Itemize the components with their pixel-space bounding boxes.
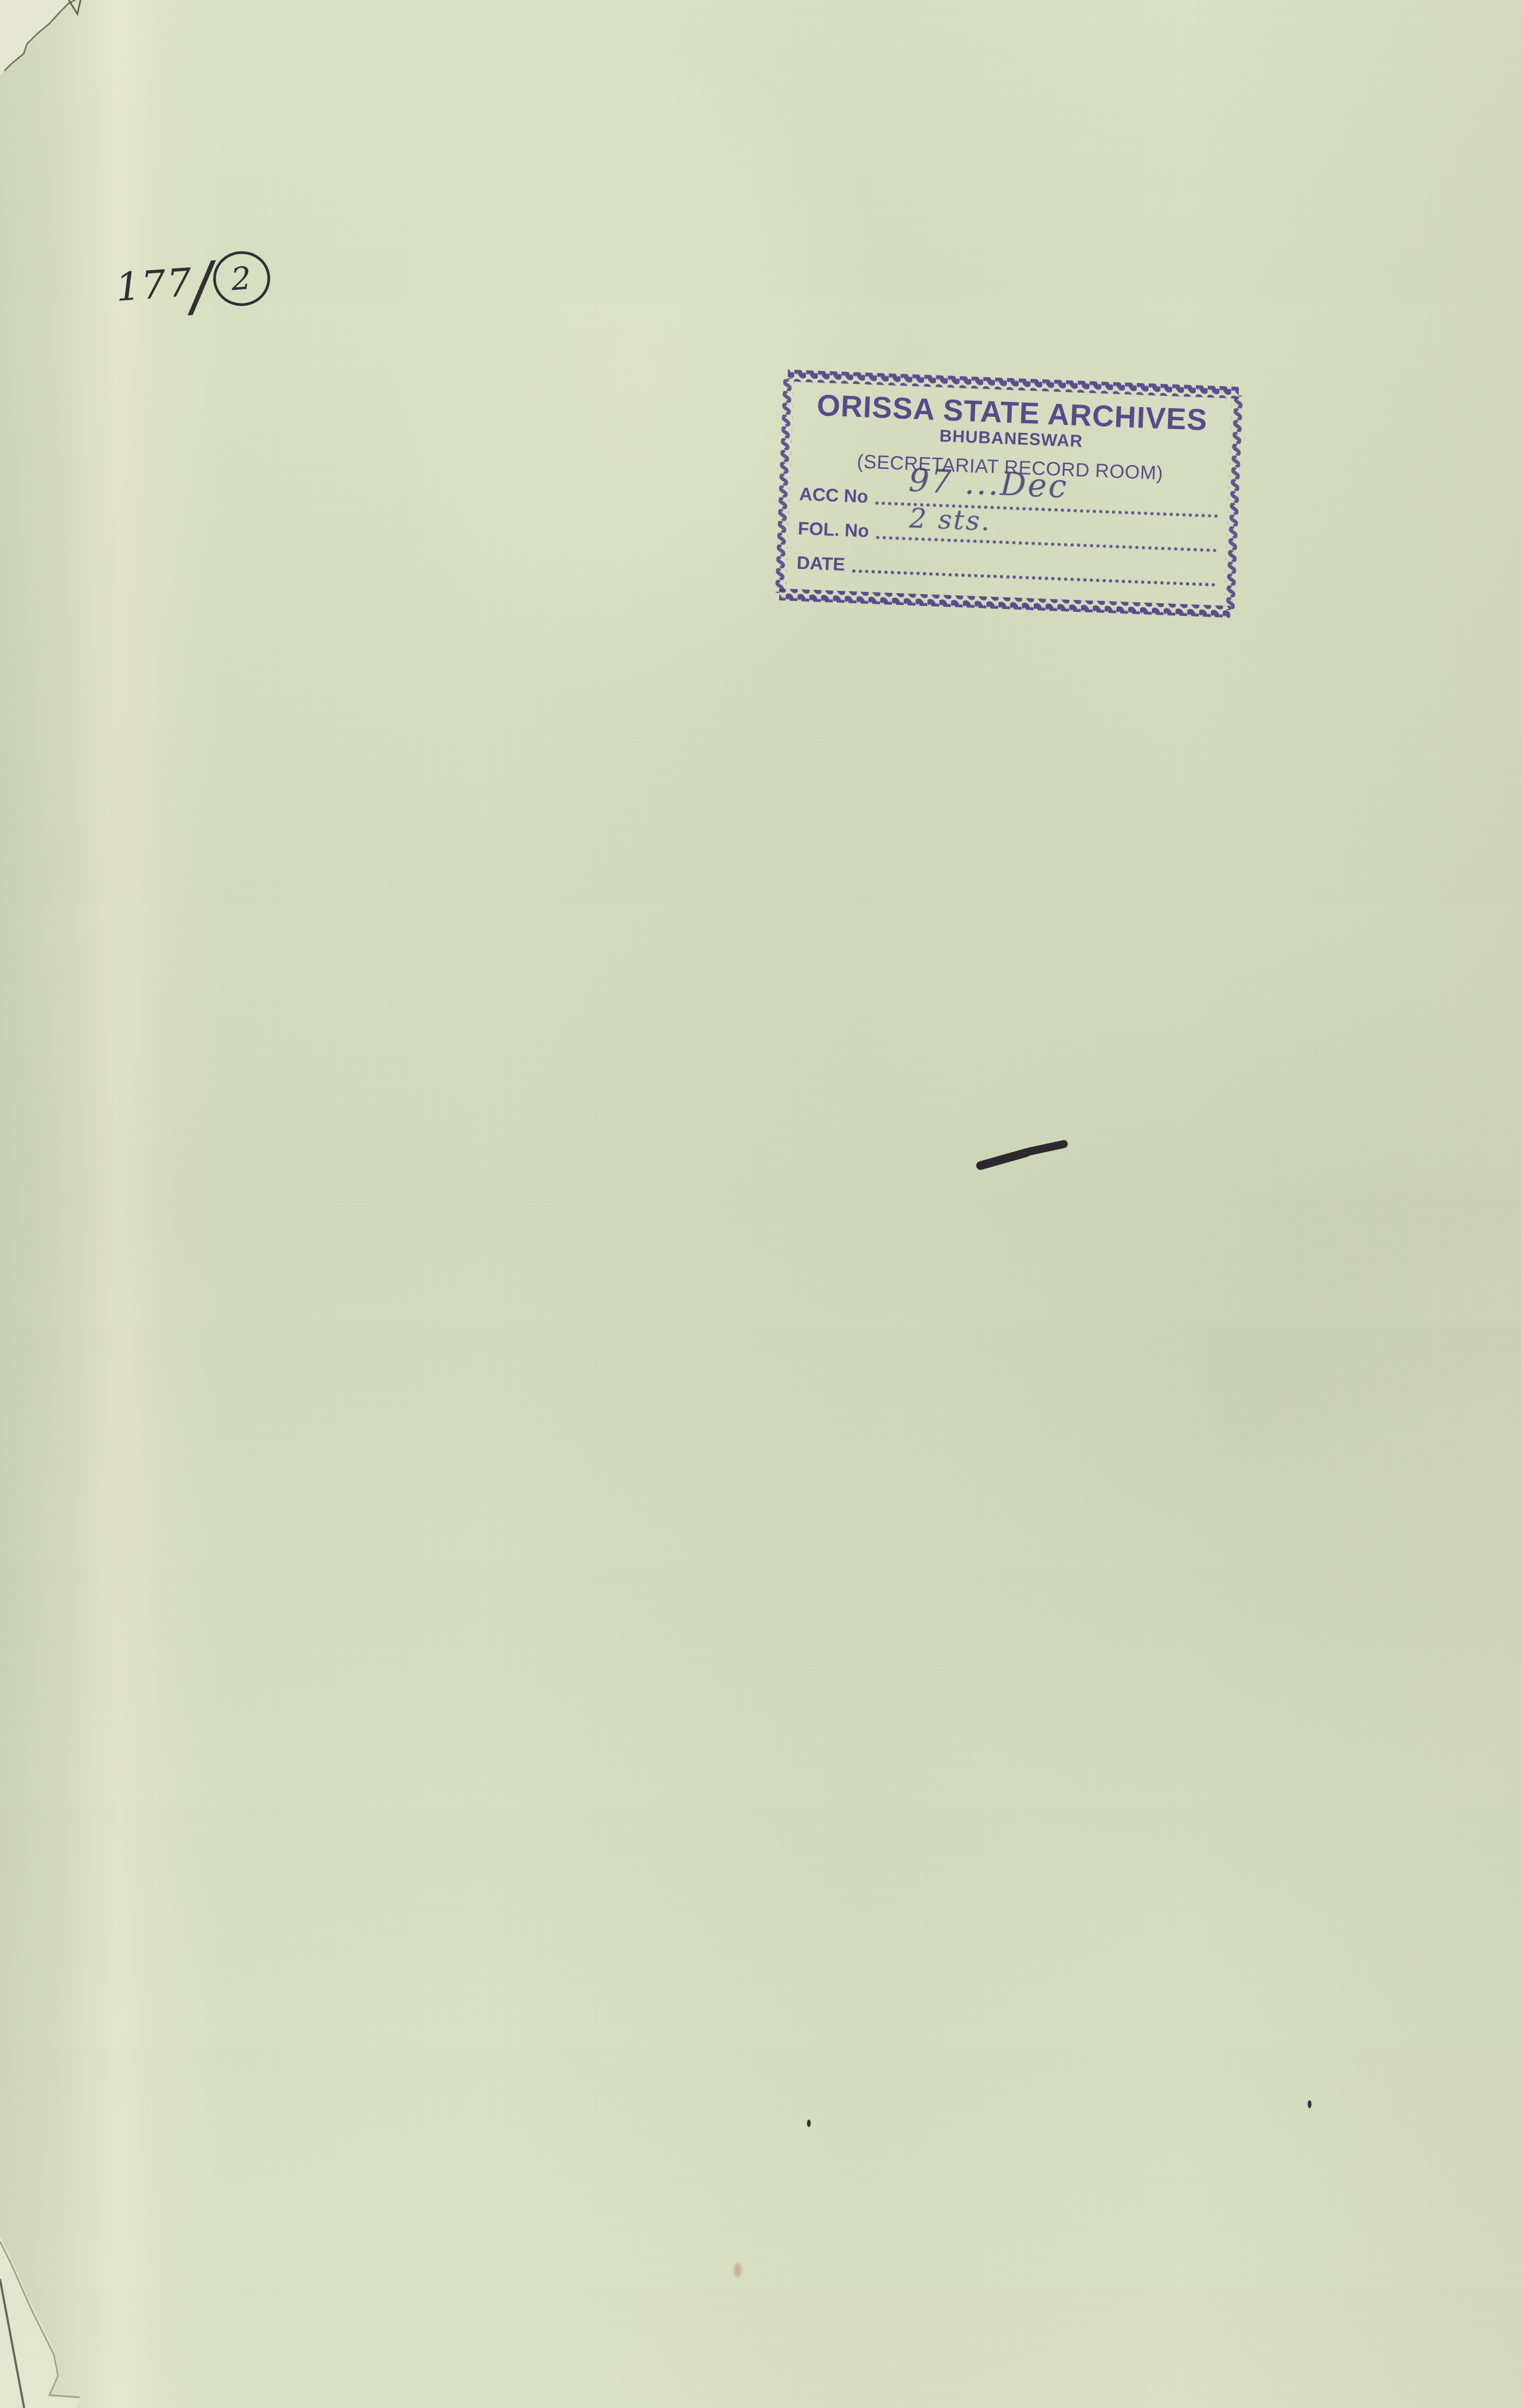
folded-corner <box>0 2236 86 2408</box>
stamp-field-handwritten-value: 2 sts. <box>909 503 992 537</box>
handwritten-file-number: 177 / 2 <box>113 239 273 324</box>
ink-speck <box>1308 2100 1311 2108</box>
ink-dash-mark <box>975 1138 1072 1170</box>
file-number-main: 177 <box>114 259 194 310</box>
file-number-separator: / <box>188 248 216 324</box>
torn-corner <box>0 0 86 81</box>
ink-speck <box>807 2120 811 2127</box>
stamp-field-dotted-line: 2 sts. <box>876 536 1217 552</box>
stamp-field-handwritten-value: 97 ...Dec <box>908 462 1069 505</box>
stamp-field-label: FOL. No <box>797 518 869 542</box>
stamp-field-dotted-line <box>852 569 1215 587</box>
stamp-field-label: DATE <box>796 553 845 575</box>
file-number-part-circled: 2 <box>211 249 272 308</box>
archives-stamp: ORISSA STATE ARCHIVES BHUBANESWAR (SECRE… <box>774 367 1244 621</box>
stamp-field-label: ACC No <box>799 484 869 508</box>
brown-stain <box>734 2263 741 2277</box>
document-page: 177 / 2 ORISSA STATE ARCHIVES BHUBANESWA… <box>0 0 1521 2408</box>
